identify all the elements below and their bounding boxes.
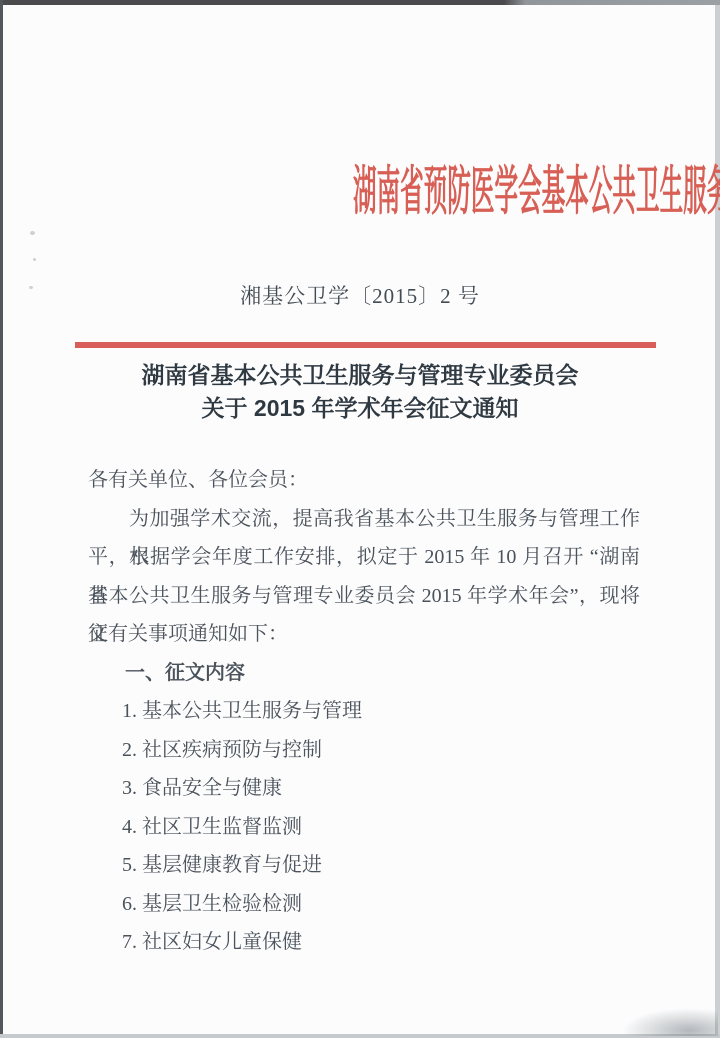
list-item-1: 1. 基本公共卫生服务与管理 (88, 692, 640, 731)
document-number: 湘基公卫学〔2015〕2 号 (0, 281, 720, 311)
scan-speck (30, 231, 35, 235)
scan-edge-right (715, 5, 720, 1038)
paragraph-line: 基本公共卫生服务与管理专业委员会 2015 年学术年会”，现将征 (88, 577, 640, 616)
notice-title-line2: 关于 2015 年学术年会征文通知 (0, 392, 720, 425)
paragraph-line: 平，根据学会年度工作安排，拟定于 2015 年 10 月召开 “湖南省 (88, 538, 640, 577)
list-item-2: 2. 社区疾病预防与控制 (88, 731, 640, 770)
section-heading: 一、征文内容 (88, 654, 640, 693)
scan-edge-bottom (0, 1034, 720, 1038)
list-item-3: 3. 食品安全与健康 (88, 769, 640, 808)
notice-title-line1: 湖南省基本公共卫生服务与管理专业委员会 (0, 359, 720, 392)
red-masthead-text: 湖南省预防医学会基本公共卫生服务与管理专业委员会 (353, 162, 720, 222)
red-divider-rule (75, 342, 656, 348)
notice-title: 湖南省基本公共卫生服务与管理专业委员会 关于 2015 年学术年会征文通知 (0, 359, 720, 425)
list-item-4: 4. 社区卫生监督监测 (88, 808, 640, 847)
list-item-7: 7. 社区妇女儿童保健 (88, 923, 640, 962)
scan-smudge (622, 1008, 718, 1036)
scan-speck (33, 258, 36, 261)
scan-edge-left (0, 0, 3, 1038)
red-masthead: 湖南省预防医学会基本公共卫生服务与管理专业委员会 (0, 162, 720, 222)
list-item-5: 5. 基层健康教育与促进 (88, 846, 640, 885)
paragraph-line: 文有关事项通知如下： (88, 615, 640, 654)
notice-body: 各有关单位、各位会员： 为加强学术交流，提高我省基本公共卫生服务与管理工作水 平… (88, 461, 640, 962)
scanned-notice-page: 湖南省预防医学会基本公共卫生服务与管理专业委员会 湘基公卫学〔2015〕2 号 … (0, 0, 720, 1038)
salutation: 各有关单位、各位会员： (88, 461, 640, 500)
scan-edge-top (0, 0, 720, 5)
list-item-6: 6. 基层卫生检验检测 (88, 885, 640, 924)
paragraph-line: 为加强学术交流，提高我省基本公共卫生服务与管理工作水 (88, 500, 640, 539)
